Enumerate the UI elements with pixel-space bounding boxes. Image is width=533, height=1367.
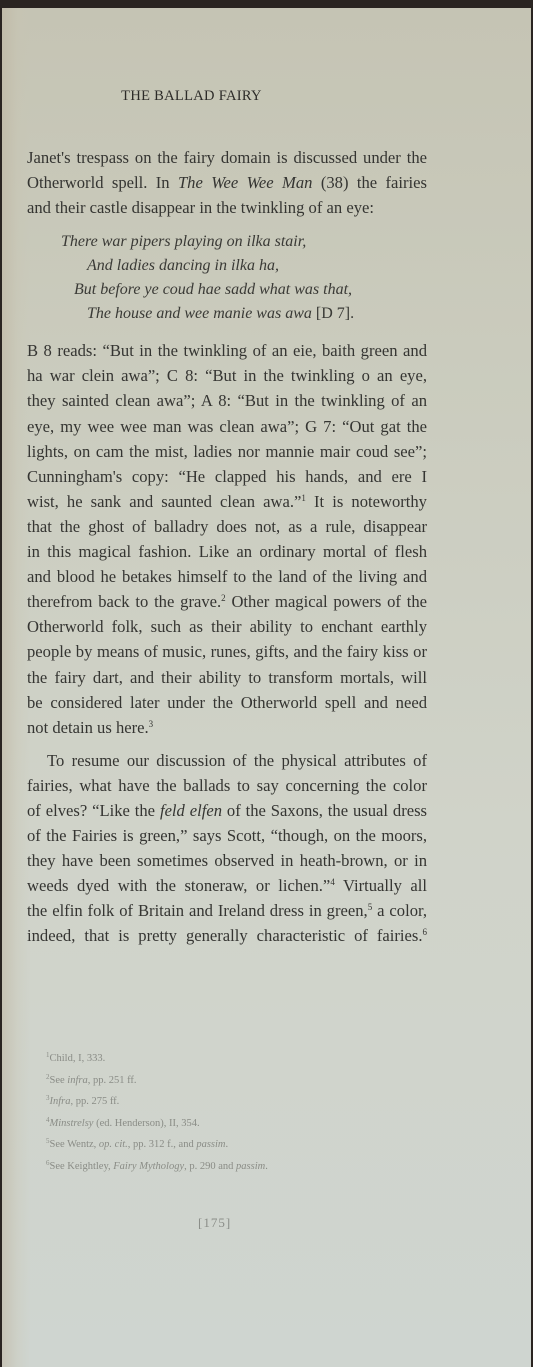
footnote: 5See Wentz, op. cit., pp. 312 f., and pa… <box>46 1134 268 1156</box>
text-line: be considered later under the Otherworld… <box>27 690 427 715</box>
verse-line: But before ye coud hae sadd what was tha… <box>27 278 427 302</box>
paragraph-3: To resume our discussion of the physical… <box>27 748 427 949</box>
footnote: 1Child, I, 333. <box>46 1048 268 1070</box>
book-page: THE BALLAD FAIRY Janet's trespass on the… <box>2 8 531 1367</box>
footnote: 3Infra, pp. 275 ff. <box>46 1091 268 1113</box>
text-line: therefrom back to the grave.2 Other magi… <box>27 589 427 614</box>
text-line: they have been sometimes observed in hea… <box>27 848 427 873</box>
verse-line: And ladies dancing in ilka ha, <box>27 254 427 278</box>
ballad-title: The Wee Wee Man <box>178 173 313 192</box>
text-line: Cunningham's copy: “He clapped his hands… <box>27 464 427 489</box>
text-line: wist, he sank and saunted clean awa.”1 I… <box>27 489 427 514</box>
verse-reference: [D 7]. <box>312 305 354 322</box>
paragraph-2: B 8 reads: “But in the twinkling of an e… <box>27 338 427 740</box>
text-line: people by means of music, runes, gifts, … <box>27 639 427 664</box>
verse-line: The house and wee manie was awa [D 7]. <box>27 302 427 326</box>
text-line: Otherworld folk, such as their ability t… <box>27 614 427 639</box>
footnote: 2See infra, pp. 251 ff. <box>46 1070 268 1092</box>
verse-quote: There war pipers playing on ilka stair, … <box>27 230 427 326</box>
text-line: and their castle disappear in the twinkl… <box>27 195 427 220</box>
body-text: Janet's trespass on the fairy domain is … <box>27 145 427 949</box>
text-line: Janet's trespass on the fairy domain is … <box>27 145 427 170</box>
footnote-ref: 6 <box>423 927 428 937</box>
footnote-ref: 3 <box>149 719 154 729</box>
text-line: ha war clein awa”; C 8: “But in the twin… <box>27 363 427 388</box>
italic-term: feld elfen <box>160 801 222 820</box>
text-line: eye, my wee wee man was clean awa”; G 7:… <box>27 414 427 439</box>
running-head: THE BALLAD FAIRY <box>2 88 531 105</box>
text-line: that the ghost of balladry does not, as … <box>27 514 427 539</box>
text-line: fairies, what have the ballads to say co… <box>27 773 427 798</box>
verse-line: There war pipers playing on ilka stair, <box>27 230 427 254</box>
text-line: in this magical fashion. Like an ordinar… <box>27 539 427 564</box>
footnote: 6See Keightley, Fairy Mythology, p. 290 … <box>46 1156 268 1178</box>
text-line: of the Fairies is green,” says Scott, “t… <box>27 823 427 848</box>
text-line: lights, on cam the mist, ladies nor mann… <box>27 439 427 464</box>
text-line: Otherworld spell. In The Wee Wee Man (38… <box>27 170 427 195</box>
text-line: weeds dyed with the stoneraw, or lichen.… <box>27 873 427 898</box>
text-line: B 8 reads: “But in the twinkling of an e… <box>27 338 427 363</box>
text-line: indeed, that is pretty generally charact… <box>27 923 427 948</box>
text-line: they sainted clean awa”; A 8: “But in th… <box>27 388 427 413</box>
text-line: the elfin folk of Britain and Ireland dr… <box>27 898 427 923</box>
paragraph-1: Janet's trespass on the fairy domain is … <box>27 145 427 220</box>
text-line: To resume our discussion of the physical… <box>27 748 427 773</box>
page-number: [175] <box>198 1215 231 1231</box>
text-line: and blood he betakes himself to the land… <box>27 564 427 589</box>
text-line: the fairy dart, and their ability to tra… <box>27 665 427 690</box>
footnotes: 1Child, I, 333. 2See infra, pp. 251 ff. … <box>46 1048 268 1178</box>
text-line: of elves? “Like the feld elfen of the Sa… <box>27 798 427 823</box>
text-line: not detain us here.3 <box>27 715 427 740</box>
footnote: 4Minstrelsy (ed. Henderson), II, 354. <box>46 1113 268 1135</box>
